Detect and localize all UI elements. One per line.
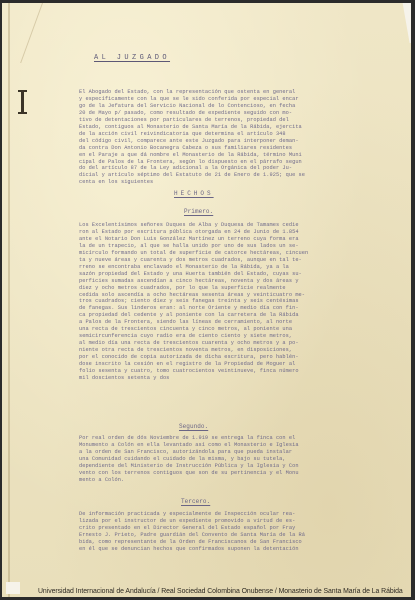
text-line: De información practicada y especialment… <box>79 511 392 518</box>
text-line: la de un trapecio, al que se halla unido… <box>79 243 392 250</box>
text-line: tros cuadrados; ciento diez y seis faneg… <box>79 298 392 305</box>
text-line: centa en los siguientes <box>79 179 392 186</box>
text-line: rreno se encontraba enclavado el Monaste… <box>79 264 392 271</box>
text-line: una recta de trescientos cincuenta y cin… <box>79 326 392 333</box>
intro-paragraph: El Abogado del Estado, con la representa… <box>79 89 392 186</box>
text-line: en él que se denuncian hechos que confir… <box>79 546 392 553</box>
text-line: tivo de detentaciones por particulares d… <box>79 117 392 124</box>
text-line: crito presentado en el Director General … <box>79 525 392 532</box>
text-line: sazón propiedad del Estado y una Huerta … <box>79 271 392 278</box>
paragraph-segundo: Por real orden de dós Noviembre de 1.919… <box>79 435 392 484</box>
text-line: dependiente del Ministerio de Instrucció… <box>79 463 392 470</box>
heading-segundo: Segundo. <box>179 423 208 430</box>
text-line: dose inscrito la cesión en el registro d… <box>79 361 392 368</box>
torn-corner <box>397 3 411 43</box>
text-line: ta y nueve áreas y cuarenta y dos metros… <box>79 257 392 264</box>
text-line: del código civil, comparece ante este Ju… <box>79 138 392 145</box>
text-line: una Comunidad cuidando el cuidado de la … <box>79 456 392 463</box>
text-line: por el conocido de copia autorizada de d… <box>79 354 392 361</box>
text-line: Estado, contiguos al Monasterio de Santa… <box>79 124 392 131</box>
text-line: perficies sumadas ascendían a cinco hect… <box>79 278 392 285</box>
text-line: de fanegas. Sus linderos eran: al norte … <box>79 305 392 312</box>
text-line: go de la Jefatura del Servicio Nacional … <box>79 103 392 110</box>
paragraph-primero: Los Excelentísimos señores Duques de Alb… <box>79 222 392 382</box>
text-line: do del artículo 87 de la Ley adicional a… <box>79 165 392 172</box>
footer-credit: Universidad Internacional de Andalucía /… <box>38 588 403 595</box>
text-line: mil doscientos setenta y dos <box>79 375 392 382</box>
text-line: El Abogado del Estado, con la representa… <box>79 89 392 96</box>
paper-corner-crease <box>2 3 43 63</box>
text-line: Los Excelentísimos señores Duques de Alb… <box>79 222 392 229</box>
text-line: dicial y artículo séptimo del Estatuto d… <box>79 172 392 179</box>
text-line: folio sesenta y cuatro, tomo cuatrocient… <box>79 368 392 375</box>
text-line: diez y ocho metros cuadrados, por lo que… <box>79 285 392 292</box>
text-line: semicircunferencia cuyo radio era de cie… <box>79 333 392 340</box>
paper-fold-line <box>8 3 10 597</box>
text-line: y específicamente con la que se le sido … <box>79 96 392 103</box>
text-line: da contra Don Antonio Bocanegra Cabeza o… <box>79 145 392 152</box>
text-line: vento con los terrenos contiguos que son… <box>79 470 392 477</box>
text-line: cipal de Palos de la Frontera, según lo … <box>79 159 392 166</box>
text-line: ca propiedad del cedente y al poniente c… <box>79 312 392 319</box>
paragraph-tercero: De información practicada y especialment… <box>79 511 392 553</box>
text-line: al medio día una recta de trescientos cu… <box>79 340 392 347</box>
text-line: 20 de Mayo p/ pasado, como resultado de … <box>79 110 392 117</box>
heading-tercero: Tercero. <box>181 498 210 505</box>
text-line: en el Paraje a que dá nombre el Monaster… <box>79 152 392 159</box>
document-title: AL JUZGADO <box>94 54 170 62</box>
text-line: ante el Notario Don Luis González Martín… <box>79 236 392 243</box>
text-line: niente otra recta de trescientos noventa… <box>79 347 392 354</box>
text-line: ron al Estado por escritura pública otor… <box>79 229 392 236</box>
text-line: a Palos de la Frontera, siendo las línea… <box>79 319 392 326</box>
text-line: micírculo formando un total de superfici… <box>79 250 392 257</box>
text-line: lizada por el instructor de un expedient… <box>79 518 392 525</box>
paper-edge <box>6 582 20 594</box>
scanned-document-page: AL JUZGADO El Abogado del Estado, con la… <box>2 3 411 597</box>
heading-primero: Primero. <box>184 208 213 215</box>
text-line: Por real orden de dós Noviembre de 1.919… <box>79 435 392 442</box>
text-line: Monumento a Colón en ella levantado así … <box>79 442 392 449</box>
text-line: de la acción civil reivindicatoria que d… <box>79 131 392 138</box>
text-line: bida, como representante de la Orden de … <box>79 539 392 546</box>
text-line: Ernesto J. Prieto, Padre guardián del Co… <box>79 532 392 539</box>
text-line: cedida solo ascendía a ocho hectáreas se… <box>79 292 392 299</box>
margin-pencil-mark-icon <box>21 90 24 114</box>
text-line: mento a Colón. <box>79 477 392 484</box>
text-line: a la orden de San Francisco, autorizándo… <box>79 449 392 456</box>
section-heading-hechos: HECHOS <box>174 190 214 197</box>
